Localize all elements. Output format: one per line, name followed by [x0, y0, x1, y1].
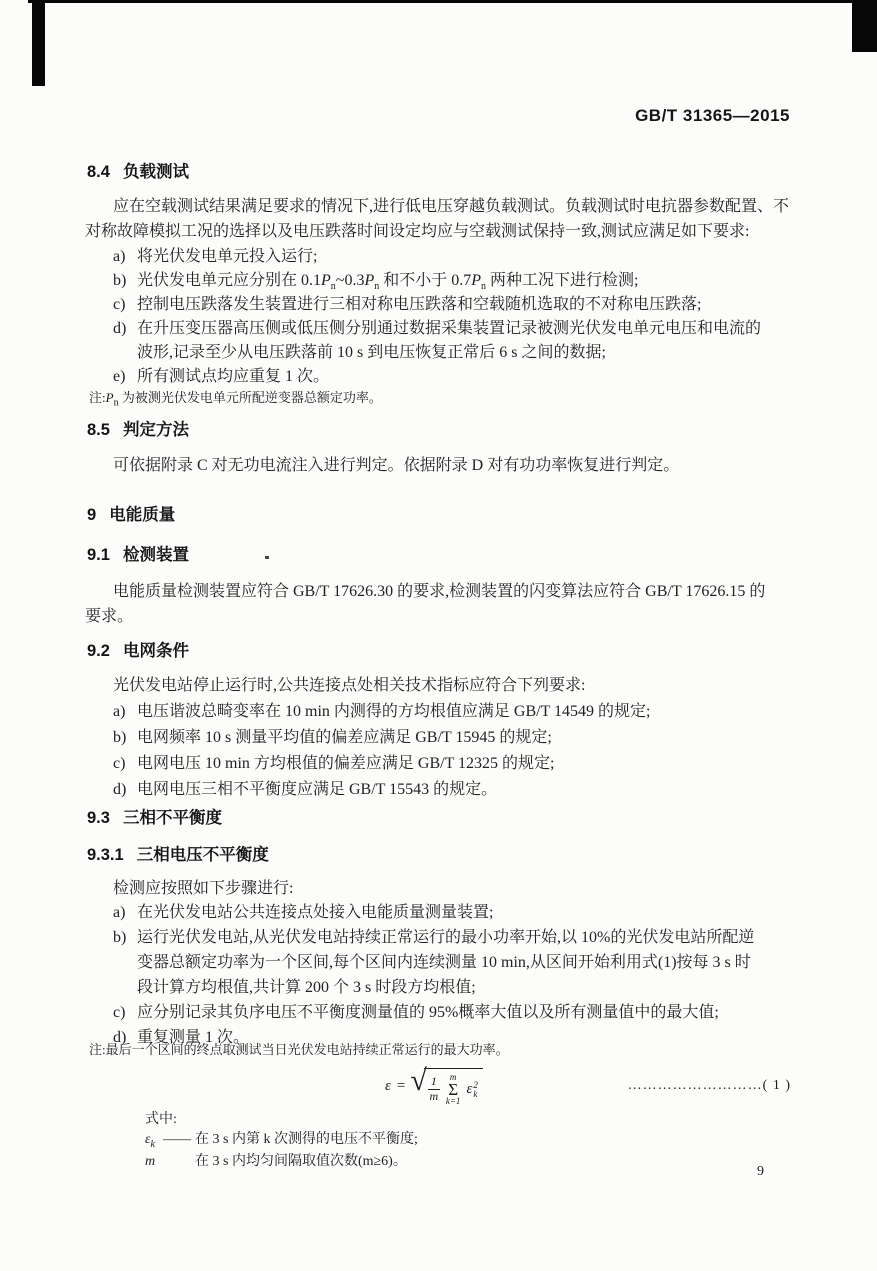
- section-8-4-list: a) 将光伏发电单元投入运行; b) 光伏发电单元应分别在 0.1Pn~0.3P…: [85, 245, 795, 389]
- section-heading-9: 9电能质量: [87, 501, 175, 525]
- section-9-3-1-intro: 检测应按照如下步骤进行:: [85, 876, 795, 901]
- radical: √ 1 m m Σ k=1 ε 2k: [410, 1066, 482, 1106]
- formula-1: ε = √ 1 m m Σ k=1 ε 2k: [385, 1066, 483, 1106]
- list-item: b) 光伏发电单元应分别在 0.1Pn~0.3Pn 和不小于 0.7Pn 两种工…: [113, 269, 795, 293]
- section-number: 9.3.1: [87, 846, 124, 864]
- scan-artifact-left-bar: [32, 0, 45, 86]
- document-page: GB/T 31365—2015 8.4负载测试 应在空载测试结果满足要求的情况下…: [0, 0, 877, 1271]
- section-heading-9-3: 9.3三相不平衡度: [87, 804, 222, 828]
- summation: m Σ k=1: [446, 1073, 461, 1106]
- list-item: d) 在升压变压器高压侧或低压侧分别通过数据采集装置记录被测光伏发电单元电压和电…: [113, 317, 795, 365]
- section-title: 三相电压不平衡度: [137, 846, 269, 864]
- scan-artifact-right-bar: [852, 0, 877, 52]
- section-title: 电网条件: [123, 642, 189, 660]
- section-number: 8.4: [87, 163, 110, 181]
- page-number: 9: [757, 1164, 764, 1180]
- summand: ε 2k: [466, 1081, 477, 1099]
- scan-artifact-top-line: [28, 0, 877, 3]
- section-heading-9-3-1: 9.3.1三相电压不平衡度: [87, 841, 269, 865]
- section-8-5-paragraph: 可依据附录 C 对无功电流注入进行判定。依据附录 D 对有功功率恢复进行判定。: [85, 453, 795, 478]
- section-9-3-1-note: 注:最后一个区间的终点取测试当日光伏发电站持续正常运行的最大功率。: [89, 1041, 789, 1059]
- section-8-4-paragraph: 应在空载测试结果满足要求的情况下,进行低电压穿越负载测试。负载测试时电抗器参数配…: [85, 194, 795, 244]
- list-item: b) 运行光伏发电站,从光伏发电站持续正常运行的最小功率开始,以 10%的光伏发…: [113, 925, 795, 1000]
- where-label: 式中:: [145, 1110, 177, 1130]
- definition-row: εk —— 在 3 s 内第 k 次测得的电压不平衡度;: [145, 1129, 418, 1151]
- formula-1-row: ε = √ 1 m m Σ k=1 ε 2k: [85, 1060, 793, 1112]
- list-item: a) 电压谐波总畸变率在 10 min 内测得的方均根值应满足 GB/T 145…: [113, 699, 795, 725]
- section-8-4-note: 注:Pn 为被测光伏发电单元所配逆变器总额定功率。: [89, 389, 789, 407]
- list-item: b) 电网频率 10 s 测量平均值的偏差应满足 GB/T 15945 的规定;: [113, 725, 795, 751]
- section-heading-8-5: 8.5判定方法: [87, 416, 189, 440]
- section-number: 9: [87, 506, 96, 524]
- scan-artifact-dot: [265, 556, 269, 559]
- definition-row: m 在 3 s 内均匀间隔取值次数(m≥6)。: [145, 1151, 418, 1173]
- document-number: GB/T 31365—2015: [635, 106, 790, 126]
- symbol-definitions: εk —— 在 3 s 内第 k 次测得的电压不平衡度; m 在 3 s 内均匀…: [145, 1129, 418, 1173]
- section-9-3-1-list: a) 在光伏发电站公共连接点处接入电能质量测量装置; b) 运行光伏发电站,从光…: [85, 900, 795, 1050]
- section-heading-8-4: 8.4负载测试: [87, 158, 189, 182]
- section-title: 判定方法: [123, 421, 189, 439]
- list-item: c) 应分别记录其负序电压不平衡度测量值的 95%概率大值以及所有测量值中的最大…: [113, 1000, 795, 1025]
- section-heading-9-1: 9.1检测装置: [87, 541, 189, 565]
- section-9-2-intro: 光伏发电站停止运行时,公共连接点处相关技术指标应符合下列要求:: [85, 673, 795, 698]
- list-item: d) 电网电压三相不平衡度应满足 GB/T 15543 的规定。: [113, 777, 795, 803]
- list-item: c) 控制电压跌落发生装置进行三相对称电压跌落和空载随机选取的不对称电压跌落;: [113, 293, 795, 317]
- section-number: 9.2: [87, 642, 110, 660]
- section-heading-9-2: 9.2电网条件: [87, 637, 189, 661]
- list-item: c) 电网电压 10 min 方均根值的偏差应满足 GB/T 12325 的规定…: [113, 751, 795, 777]
- section-9-1-paragraph: 电能质量检测装置应符合 GB/T 17626.30 的要求,检测装置的闪变算法应…: [85, 579, 795, 629]
- section-number: 9.1: [87, 546, 110, 564]
- section-number: 9.3: [87, 809, 110, 827]
- section-9-2-list: a) 电压谐波总畸变率在 10 min 内测得的方均根值应满足 GB/T 145…: [85, 699, 795, 803]
- list-item: e) 所有测试点均应重复 1 次。: [113, 365, 795, 389]
- section-title: 负载测试: [123, 163, 189, 181]
- formula-number: ………………………( 1 ): [628, 1078, 791, 1094]
- section-title: 三相不平衡度: [123, 809, 222, 827]
- list-item: a) 在光伏发电站公共连接点处接入电能质量测量装置;: [113, 900, 795, 925]
- list-item: a) 将光伏发电单元投入运行;: [113, 245, 795, 269]
- section-title: 电能质量: [109, 506, 175, 524]
- section-title: 检测装置: [123, 546, 189, 564]
- section-number: 8.5: [87, 421, 110, 439]
- fraction: 1 m: [428, 1075, 440, 1104]
